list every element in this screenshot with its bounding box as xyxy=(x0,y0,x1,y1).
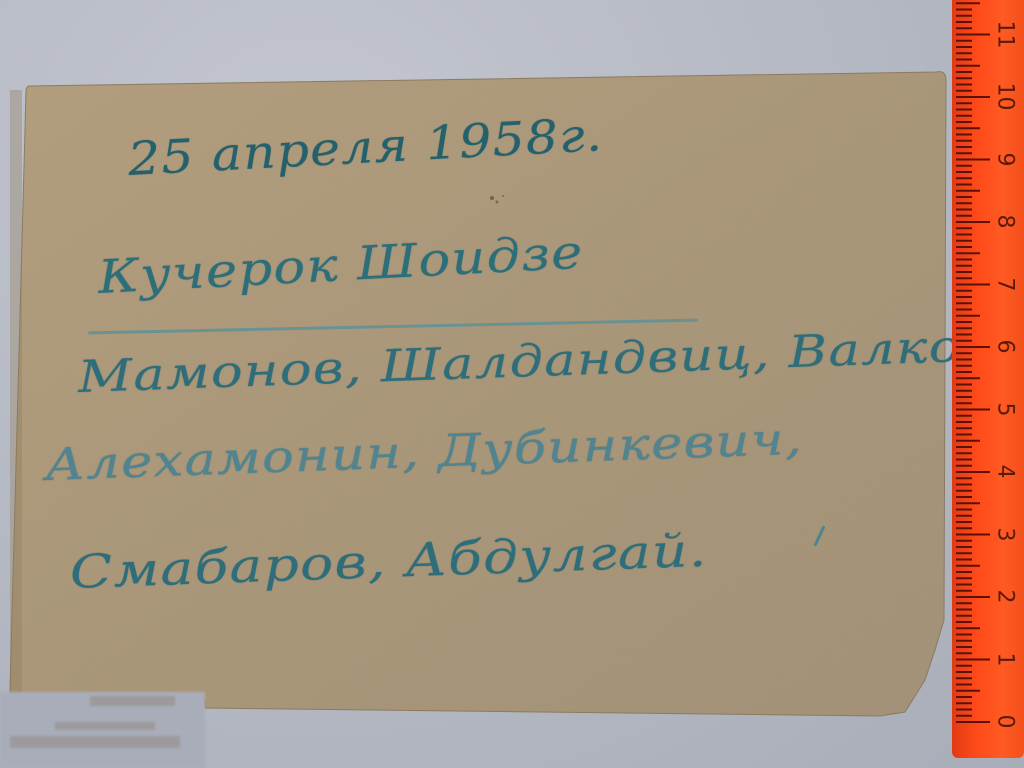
ruler-label-1: 1 xyxy=(993,644,1018,674)
ruler-label-10: 10 xyxy=(993,82,1018,112)
ruler-label-9: 9 xyxy=(993,144,1018,174)
ruler-label-11: 11 xyxy=(993,19,1018,49)
ruler-label-7: 7 xyxy=(993,269,1018,299)
blurred-watermark xyxy=(0,692,205,768)
ruler-label-4: 4 xyxy=(993,457,1018,487)
ruler-label-0: 0 xyxy=(993,707,1018,737)
ruler: 11109876543210 xyxy=(952,0,1024,758)
photo-scene: 25 апреля 1958г. Кучерок Шоидзе Мамонов,… xyxy=(0,0,1024,768)
ruler-label-2: 2 xyxy=(993,582,1018,612)
ruler-label-3: 3 xyxy=(993,519,1018,549)
ruler-label-5: 5 xyxy=(993,394,1018,424)
ruler-label-6: 6 xyxy=(993,332,1018,362)
ruler-label-8: 8 xyxy=(993,207,1018,237)
